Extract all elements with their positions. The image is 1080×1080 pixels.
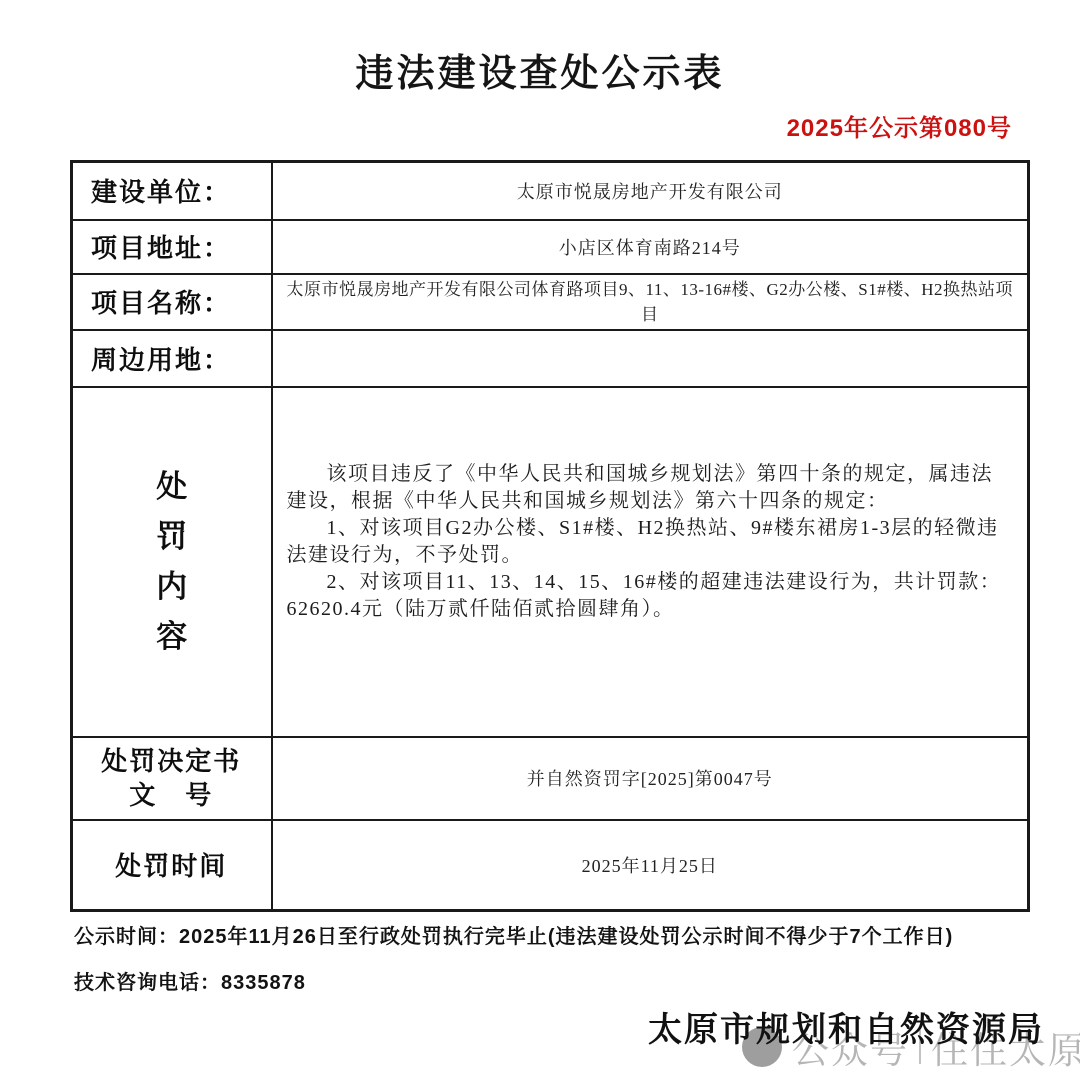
penalty-paragraph-legal-basis: 该项目违反了《中华人民共和国城乡规划法》第四十条的规定，属违法建设，根据《中华人… xyxy=(287,461,1014,515)
table-row-project-address: 项目地址： 小店区体育南路214号 xyxy=(72,220,1029,274)
decision-doc-value: 并自然资罚字[2025]第0047号 xyxy=(272,737,1029,820)
penalty-content-value: 该项目违反了《中华人民共和国城乡规划法》第四十条的规定，属违法建设，根据《中华人… xyxy=(272,387,1029,737)
notice-document: 违法建设查处公示表 2025年公示第080号 建设单位： 太原市悦晟房地产开发有… xyxy=(0,0,1080,1080)
penalty-content-text: 该项目违反了《中华人民共和国城乡规划法》第四十条的规定，属违法建设，根据《中华人… xyxy=(287,461,1014,623)
project-name-value: 太原市悦晟房地产开发有限公司体育路项目9、11、13-16#楼、G2办公楼、S1… xyxy=(272,274,1029,330)
table-row-penalty-time: 处罚时间 2025年11月25日 xyxy=(72,820,1029,911)
notice-number: 2025年公示第080号 xyxy=(787,108,1012,143)
penalty-content-label-cell: 处罚内容 xyxy=(72,387,272,737)
penalty-content-label: 处罚内容 xyxy=(154,462,190,662)
surrounding-land-value xyxy=(272,330,1029,387)
consult-phone-line: 技术咨询电话：8335878 xyxy=(74,966,306,995)
construction-unit-label: 建设单位： xyxy=(72,162,272,220)
decision-doc-label: 处罚决定书 文 号 xyxy=(72,737,272,820)
project-address-value: 小店区体育南路214号 xyxy=(272,220,1029,274)
page-title: 违法建设查处公示表 xyxy=(0,42,1080,97)
table-row-project-name: 项目名称： 太原市悦晟房地产开发有限公司体育路项目9、11、13-16#楼、G2… xyxy=(72,274,1029,330)
project-name-label: 项目名称： xyxy=(72,274,272,330)
penalty-time-value: 2025年11月25日 xyxy=(272,820,1029,911)
decision-doc-label-line2: 文 号 xyxy=(73,778,270,812)
table-row-decision-doc-number: 处罚决定书 文 号 并自然资罚字[2025]第0047号 xyxy=(72,737,1029,820)
surrounding-land-label: 周边用地： xyxy=(72,330,272,387)
project-address-label: 项目地址： xyxy=(72,220,272,274)
notice-table: 建设单位： 太原市悦晟房地产开发有限公司 项目地址： 小店区体育南路214号 项… xyxy=(70,160,1030,912)
penalty-paragraph-item-2: 2、对该项目11、13、14、15、16#楼的超建违法建设行为，共计罚款：626… xyxy=(287,569,1014,623)
publicity-period-line: 公示时间：2025年11月26日至行政处罚执行完毕止(违法建设处罚公示时间不得少… xyxy=(74,920,953,949)
table-row-penalty-content: 处罚内容 该项目违反了《中华人民共和国城乡规划法》第四十条的规定，属违法建设，根… xyxy=(72,387,1029,737)
penalty-paragraph-item-1: 1、对该项目G2办公楼、S1#楼、H2换热站、9#楼东裙房1-3层的轻微违法建设… xyxy=(287,515,1014,569)
decision-doc-label-line1: 处罚决定书 xyxy=(73,744,270,778)
issuing-agency: 太原市规划和自然资源局 xyxy=(648,1002,1044,1051)
penalty-time-label: 处罚时间 xyxy=(72,820,272,911)
construction-unit-value: 太原市悦晟房地产开发有限公司 xyxy=(272,162,1029,220)
table-row-construction-unit: 建设单位： 太原市悦晟房地产开发有限公司 xyxy=(72,162,1029,220)
table-row-surrounding-land: 周边用地： xyxy=(72,330,1029,387)
